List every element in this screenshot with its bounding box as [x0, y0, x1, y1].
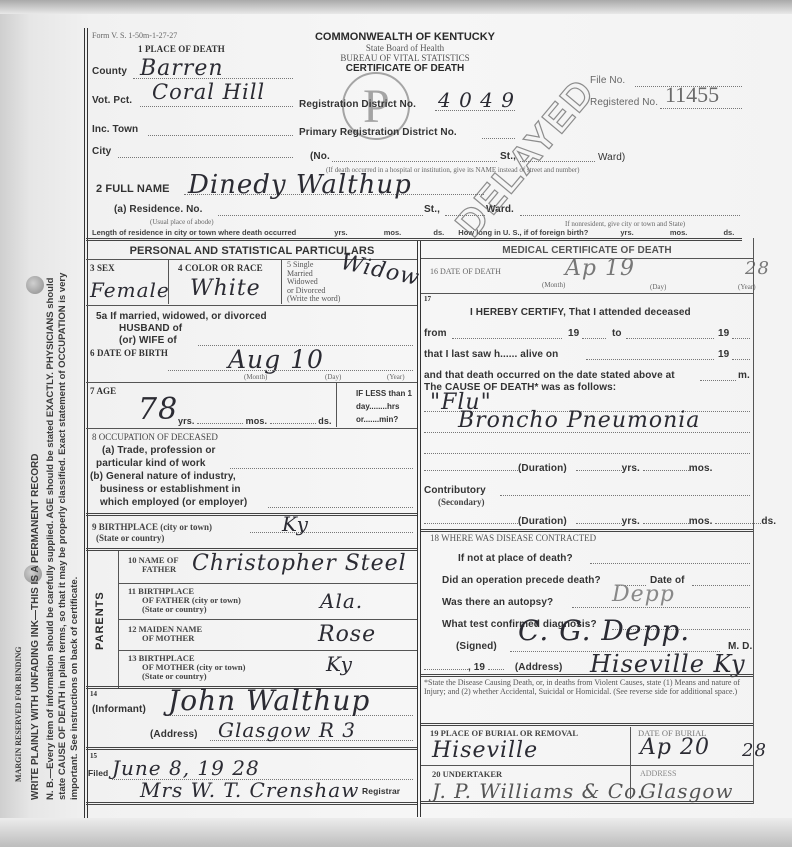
- spouse-label-2: HUSBAND of: [119, 323, 182, 334]
- issuer-block: COMMONWEALTH OF KENTUCKY State Board of …: [300, 31, 510, 74]
- dob-year-caption: (Year): [387, 373, 405, 381]
- informant-value[interactable]: John Walthup: [168, 684, 370, 717]
- death-month-caption: (Month): [542, 281, 565, 289]
- medical-rule-4: [421, 723, 753, 726]
- county-value[interactable]: Barren: [140, 56, 224, 81]
- operation-label: Did an operation precede death?: [442, 575, 601, 586]
- row-rule-2: [86, 382, 417, 383]
- age-mos: mos.: [246, 416, 267, 426]
- father-birthplace-value[interactable]: Ala.: [320, 589, 363, 613]
- informant-address-label: (Address): [150, 729, 198, 740]
- birthplace-line: [250, 532, 413, 533]
- attended-to-19: 19: [718, 328, 729, 339]
- registration-district-value[interactable]: 4 0 4 9: [438, 88, 515, 112]
- duration-yrs-2: yrs.: [622, 516, 640, 527]
- undertaker-label: 20 UNDERTAKER: [432, 769, 502, 779]
- us-yrs: yrs.: [620, 228, 633, 237]
- undertaker-address-label: ADDRESS: [640, 769, 676, 778]
- item-17-number: 17: [424, 295, 431, 303]
- row-rule-3: [86, 428, 417, 429]
- attended-to-line: [626, 338, 714, 339]
- disease-contracted-label: 18 WHERE WAS DISEASE CONTRACTED: [430, 533, 596, 543]
- medical-rule-2: [421, 529, 753, 532]
- filed-label: Filed: [88, 768, 108, 778]
- death-occurred-m: m.: [738, 370, 750, 381]
- occupation-a-2: particular kind of work: [96, 458, 206, 469]
- not-at-place-label: If not at place of death?: [458, 553, 573, 564]
- dob-label: 6 DATE OF BIRTH: [90, 348, 168, 358]
- attended-to-year-line: [732, 338, 750, 339]
- mother-bp-label-3: (State or country): [128, 672, 245, 681]
- informant-bottom-rule: [86, 747, 417, 750]
- last-saw-line: [586, 359, 714, 360]
- informant-address-value[interactable]: Glasgow R 3: [218, 718, 356, 742]
- signed-19: 19: [474, 662, 485, 673]
- father-bp-label-3: (State or country): [128, 605, 241, 614]
- physician-address-label: (Address): [515, 662, 563, 673]
- length-residence-label: Length of residence in city or town wher…: [92, 228, 296, 237]
- place-of-death-heading: 1 PLACE OF DEATH: [138, 44, 225, 54]
- mother-birthplace-label: 13 BIRTHPLACE OF MOTHER (city or town) (…: [128, 654, 245, 681]
- residence-line: [218, 215, 423, 216]
- occupation-a-line: [230, 468, 413, 469]
- signed-label: (Signed): [456, 641, 497, 652]
- duration-row-1: (Duration) yrs. mos.: [424, 463, 713, 474]
- form-right-border: [753, 238, 754, 804]
- birthplace-sublabel: (State or country): [96, 533, 164, 543]
- length-yrs: yrs.: [334, 228, 347, 237]
- medical-rule-1: [421, 293, 753, 294]
- vot-pct-line: [140, 106, 293, 107]
- cause-line-3: [424, 453, 750, 454]
- sex-label: 3 SEX: [90, 263, 115, 273]
- medical-rule-3: [421, 674, 753, 677]
- occupation-label: 8 OCCUPATION OF DECEASED: [92, 432, 218, 442]
- margin-write-plainly: WRITE PLAINLY WITH UNFADING INK—THIS IS …: [30, 454, 41, 801]
- registrar-value[interactable]: Mrs W. T. Crenshaw: [140, 778, 359, 802]
- autopsy-line: [572, 607, 750, 608]
- burial-place-label: 19 PLACE OF BURIAL OR REMOVAL: [430, 728, 578, 738]
- burial-date-value[interactable]: Ap 20: [640, 735, 710, 760]
- attended-from-year-line: [582, 338, 606, 339]
- dob-day-caption: (Day): [325, 373, 341, 381]
- registrar-label: Registrar: [362, 786, 400, 796]
- autopsy-label: Was there an autopsy?: [442, 597, 553, 608]
- attended-to-label: to: [612, 328, 622, 339]
- burial-place-value[interactable]: Hiseville: [432, 738, 538, 763]
- parents-rule-2: [118, 619, 417, 620]
- father-name-value[interactable]: Christopher Steel: [192, 551, 407, 576]
- occupation-b-1: (b) General nature of industry,: [90, 471, 236, 482]
- last-saw-year-line: [732, 359, 750, 360]
- autopsy-value[interactable]: Depp: [612, 582, 675, 607]
- bureau-name: BUREAU OF VITAL STATISTICS: [300, 53, 510, 63]
- full-name-label: 2 FULL NAME: [96, 183, 170, 195]
- board-name: State Board of Health: [300, 43, 510, 53]
- row-rule-4: [86, 513, 417, 516]
- date-of-death-year[interactable]: 28: [745, 258, 770, 279]
- last-saw-label: that I last saw h...... alive on: [424, 349, 558, 360]
- father-birthplace-label: 11 BIRTHPLACE OF FATHER (city or town) (…: [128, 587, 241, 614]
- burial-rule: [421, 765, 753, 766]
- filed-value[interactable]: June 8, 19 28: [112, 756, 260, 780]
- city-line: [118, 157, 293, 158]
- file-no-label: File No.: [590, 75, 625, 86]
- filed-bottom-rule: [86, 802, 417, 805]
- less-day-label: day........hrs: [356, 400, 412, 413]
- us-mos: mos.: [670, 228, 688, 237]
- cause-footnote: *State the Disease Causing Death, or, in…: [424, 678, 752, 696]
- registration-district-label: Registration District No.: [299, 99, 416, 110]
- parents-rule-1: [118, 583, 417, 584]
- father-name-label: 10 NAME OF FATHER: [128, 556, 179, 574]
- margin-nb-line2: state CAUSE OF DEATH in plain terms, so …: [57, 273, 68, 800]
- contributory-label: Contributory: [424, 485, 486, 496]
- duration-label-1: (Duration): [518, 463, 567, 474]
- primary-registration-line: [482, 138, 515, 139]
- undertaker-address-value[interactable]: Glasgow: [640, 779, 734, 803]
- age-ds: ds.: [318, 416, 331, 426]
- nonresident-note: If nonresident, give city or town and St…: [565, 220, 685, 228]
- birthplace-value[interactable]: Ky: [282, 512, 309, 536]
- vot-pct-value[interactable]: Coral Hill: [152, 80, 265, 104]
- registered-no-line: [660, 108, 742, 109]
- death-occurred-line: [700, 380, 736, 381]
- signed-date-row: , 19 (Address): [424, 662, 562, 673]
- attended-from-line: [452, 338, 562, 339]
- vot-pct-label: Vot. Pct.: [92, 95, 132, 106]
- less-min-label: or.......min?: [356, 413, 412, 426]
- date-of-line: [692, 585, 750, 586]
- sex-race-divider: [168, 260, 169, 304]
- margin-reserved-text: MARGIN RESERVED FOR BINDING: [14, 646, 23, 782]
- city-no-line: [332, 161, 497, 162]
- contributory-line: [500, 495, 750, 496]
- spouse-label-3: (or) WIFE of: [119, 335, 177, 346]
- inc-town-line: [148, 135, 293, 136]
- city-ward-label: Ward): [598, 152, 625, 163]
- residence-label: (a) Residence. No.: [114, 204, 203, 215]
- full-name-value[interactable]: Dinedy Walthup: [188, 170, 412, 200]
- burial-bottom-rule: [421, 801, 753, 804]
- margin-nb-line1: N. B.—Every item of information should b…: [45, 278, 56, 800]
- certificate-title: CERTIFICATE OF DEATH: [300, 63, 510, 74]
- informant-number: 14: [90, 690, 97, 698]
- death-day-caption: (Day): [650, 283, 666, 291]
- residence-ward-line: [520, 215, 740, 216]
- attended-from-19: 19: [568, 328, 579, 339]
- race-marital-divider: [281, 260, 282, 304]
- duration-ds-2: ds.: [761, 516, 776, 527]
- row-rule-1: [86, 305, 417, 306]
- informant-label: (Informant): [92, 704, 146, 715]
- occupation-b-3: which employed (or employer): [100, 497, 247, 508]
- dob-month-caption: (Month): [244, 373, 267, 381]
- race-value[interactable]: White: [190, 276, 261, 301]
- spouse-label-1: 5a If married, widowed, or divorced: [96, 311, 267, 322]
- duration-mos-1: mos.: [689, 463, 713, 474]
- registered-no-value[interactable]: 11455: [665, 82, 719, 108]
- margin-nb-line3: important. See instructions on back of c…: [69, 577, 80, 800]
- cause-line-2: [424, 432, 750, 433]
- mother-birthplace-value[interactable]: Ky: [326, 652, 353, 676]
- sex-value[interactable]: Female: [90, 278, 170, 302]
- death-occurred-label: and that death occurred on the date stat…: [424, 370, 675, 381]
- length-residence-row: Length of residence in city or town wher…: [92, 228, 734, 237]
- date-of-death-label: 16 DATE OF DEATH: [430, 267, 501, 276]
- scan-edge-bottom: [0, 818, 792, 847]
- us-ds: ds.: [723, 228, 734, 237]
- medical-section-title: MEDICAL CERTIFICATE OF DEATH: [422, 245, 752, 256]
- secondary-label: (Secondary): [438, 497, 485, 507]
- occupation-a-1: (a) Trade, profession or: [102, 445, 216, 456]
- form-id: Form V. S. 1-50m-1-27-27: [92, 31, 177, 40]
- parents-divider: [118, 551, 119, 689]
- not-at-place-line: [590, 563, 750, 564]
- mother-name-label: 12 MAIDEN NAME OF MOTHER: [128, 625, 202, 643]
- last-saw-19: 19: [718, 349, 729, 360]
- age-value[interactable]: 78: [138, 392, 178, 427]
- duration-label-2: (Duration): [518, 516, 567, 527]
- scan-edge-top: [0, 0, 792, 14]
- length-mos: mos.: [384, 228, 402, 237]
- mother-name-label-2: OF MOTHER: [128, 634, 202, 643]
- mother-name-value[interactable]: Rose: [318, 622, 376, 647]
- primary-registration-label: Primary Registration District No.: [299, 127, 457, 138]
- inc-town-label: Inc. Town: [92, 124, 138, 135]
- form-left-border: [84, 28, 88, 818]
- section-divider-top: [86, 238, 742, 241]
- race-label: 4 COLOR OR RACE: [178, 263, 263, 273]
- burial-date-year[interactable]: 28: [742, 740, 767, 761]
- duration-mos-2: mos.: [689, 516, 713, 527]
- dob-line: [168, 370, 413, 371]
- issuer-title: COMMONWEALTH OF KENTUCKY: [300, 31, 510, 43]
- filed-number: 15: [90, 752, 97, 760]
- parents-rule-3: [118, 650, 417, 651]
- age-yrs: yrs.: [178, 416, 194, 426]
- date-of-death-value[interactable]: Ap 19: [565, 256, 635, 281]
- age-less-divider: [336, 383, 337, 427]
- age-label: 7 AGE: [90, 386, 116, 396]
- cause-of-death-value-2[interactable]: Broncho Pneumonia: [458, 408, 700, 433]
- attended-from-label: from: [424, 328, 447, 339]
- city-label: City: [92, 146, 111, 157]
- marital-label: 5 Single Married Widowed or Divorced (Wr…: [287, 261, 340, 304]
- county-label: County: [92, 66, 127, 77]
- less-than-label: IF LESS than 1: [356, 387, 412, 400]
- less-than-day-block: IF LESS than 1 day........hrs or.......m…: [356, 387, 412, 426]
- age-units: yrs. mos. ds.: [178, 416, 332, 426]
- duration-row-2: (Duration) yrs. mos. ds.: [424, 516, 776, 527]
- occupation-b-2: business or establishment in: [100, 484, 241, 495]
- birthplace-label: 9 BIRTHPLACE (city or town): [92, 522, 212, 532]
- occupation-b-line: [268, 507, 413, 508]
- marital-write-word: (Write the word): [287, 295, 340, 304]
- certify-text: I HEREBY CERTIFY, That I attended deceas…: [470, 307, 691, 318]
- binding-hole-top: [26, 276, 44, 294]
- length-ds: ds.: [433, 228, 444, 237]
- residence-st-label: St.,: [424, 204, 440, 215]
- parents-vertical-label: PARENTS: [94, 591, 106, 650]
- duration-yrs-1: yrs.: [622, 463, 640, 474]
- usual-place-note: (Usual place of abode): [150, 218, 214, 226]
- signed-value[interactable]: C. G. Depp.: [518, 614, 690, 647]
- undertaker-value[interactable]: J. P. Williams & Co.: [432, 779, 644, 803]
- father-name-label-2: FATHER: [128, 565, 179, 574]
- city-no-label: (No.: [310, 151, 330, 162]
